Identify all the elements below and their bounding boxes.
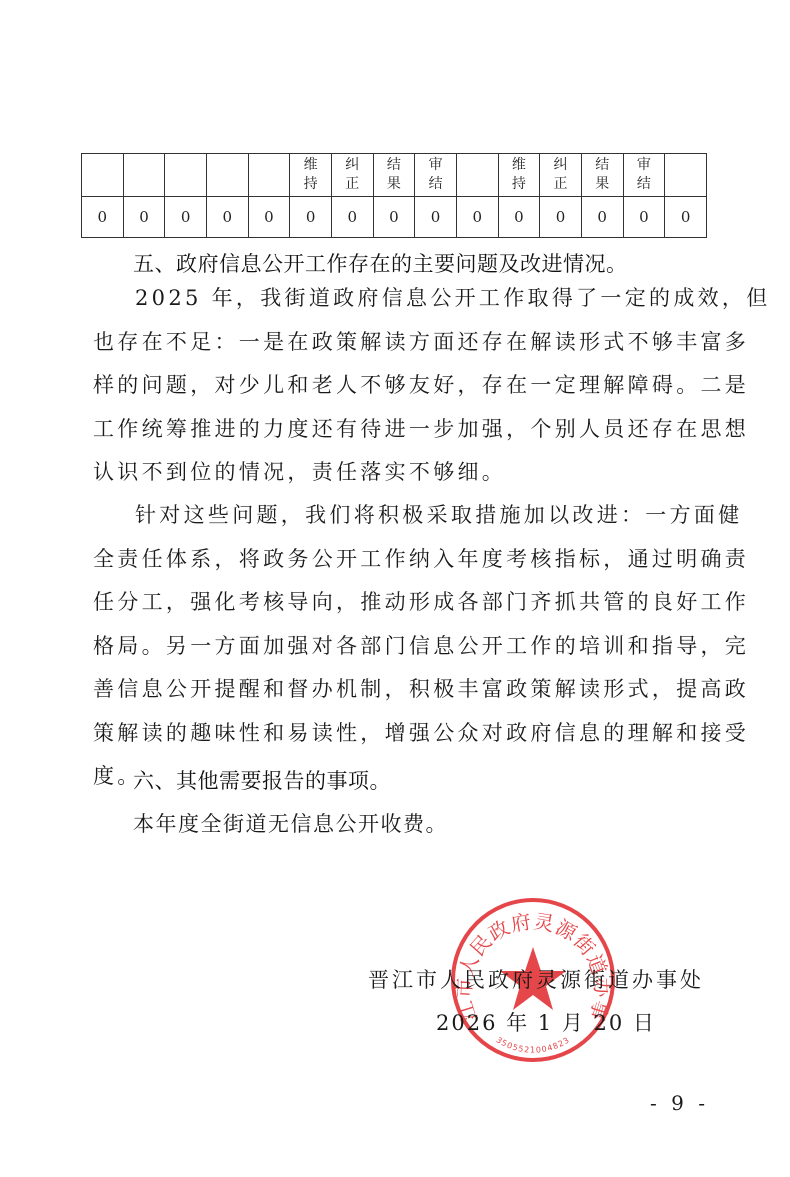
- section-5-paragraph-2: 针对这些问题，我们将积极采取措施加以改进：一方面健 全责任体系，将政务公开工作纳…: [93, 494, 707, 799]
- table-cell: 结果: [373, 154, 415, 197]
- table-cell: 0: [540, 197, 582, 238]
- table-cell: 0: [290, 197, 332, 238]
- table-cell: 0: [456, 197, 498, 238]
- table-row: 0 0 0 0 0 0 0 0 0 0 0 0 0 0 0: [82, 197, 707, 238]
- table-cell: 维持: [290, 154, 332, 197]
- page-number: - 9 -: [650, 1091, 709, 1115]
- table-cell: 0: [665, 197, 707, 238]
- statistics-table: 维持 纠正 结果 审结 维持 纠正 结果 审结 0 0 0 0 0 0 0 0 …: [81, 153, 707, 238]
- paragraph-line: 针对这些问题，我们将积极采取措施加以改进：一方面健: [93, 494, 707, 538]
- table-cell: 0: [415, 197, 457, 238]
- table-cell: 0: [123, 197, 165, 238]
- table-cell: 结果: [581, 154, 623, 197]
- table-cell: [165, 154, 207, 197]
- table-cell: [82, 154, 124, 197]
- table-cell: 审结: [623, 154, 665, 197]
- paragraph-line: 任分工，强化考核导向，推动形成各部门齐抓共管的良好工作: [93, 581, 707, 625]
- paragraph-line: 也存在不足：一是在政策解读方面还存在解读形式不够丰富多: [93, 321, 707, 365]
- table-cell: 0: [623, 197, 665, 238]
- paragraph-line: 样的问题，对少儿和老人不够友好，存在一定理解障碍。二是: [93, 364, 707, 408]
- table-cell: 审结: [415, 154, 457, 197]
- section-5-paragraph-1: 2025 年，我街道政府信息公开工作取得了一定的成效，但 也存在不足：一是在政策…: [93, 277, 707, 495]
- table-cell: [206, 154, 248, 197]
- table-cell: 0: [498, 197, 540, 238]
- table-cell: 0: [581, 197, 623, 238]
- paragraph-line: 善信息公开提醒和督办机制，积极丰富政策解读形式，提高政: [93, 668, 707, 712]
- table-cell: 0: [82, 197, 124, 238]
- table-cell: 纠正: [540, 154, 582, 197]
- paragraph-line: 格局。另一方面加强对各部门信息公开工作的培训和指导，完: [93, 625, 707, 669]
- table-cell: 维持: [498, 154, 540, 197]
- table-cell: 0: [165, 197, 207, 238]
- table-cell: [456, 154, 498, 197]
- table-cell: 纠正: [331, 154, 373, 197]
- paragraph-line: 全责任体系，将政务公开工作纳入年度考核指标，通过明确责: [93, 538, 707, 582]
- table-cell: [248, 154, 290, 197]
- table-header-row: 维持 纠正 结果 审结 维持 纠正 结果 审结: [82, 154, 707, 197]
- paragraph-line: 2025 年，我街道政府信息公开工作取得了一定的成效，但: [93, 277, 707, 321]
- table-cell: 0: [248, 197, 290, 238]
- table-cell: [665, 154, 707, 197]
- section-6-body: 本年度全街道无信息公开收费。: [133, 808, 448, 838]
- section-6-heading: 六、其他需要报告的事项。: [133, 765, 391, 795]
- section-5-heading: 五、政府信息公开工作存在的主要问题及改进情况。: [133, 248, 628, 278]
- table-cell: 0: [331, 197, 373, 238]
- paragraph-line: 认识不到位的情况，责任落实不够细。: [93, 451, 707, 495]
- table-cell: 0: [206, 197, 248, 238]
- table-cell: 0: [373, 197, 415, 238]
- signature-date: 2026 年 1 月 20 日: [436, 1007, 656, 1037]
- paragraph-line: 策解读的趣味性和易读性，增强公众对政府信息的理解和接受: [93, 712, 707, 756]
- table-cell: [123, 154, 165, 197]
- paragraph-line: 工作统筹推进的力度还有待进一步加强，个别人员还存在思想: [93, 408, 707, 452]
- svg-text:3505521004823: 3505521004823: [495, 1035, 572, 1054]
- document-page: 维持 纠正 结果 审结 维持 纠正 结果 审结 0 0 0 0 0 0 0 0 …: [0, 0, 790, 1177]
- signature-organization: 晋江市人民政府灵源街道办事处: [368, 964, 704, 994]
